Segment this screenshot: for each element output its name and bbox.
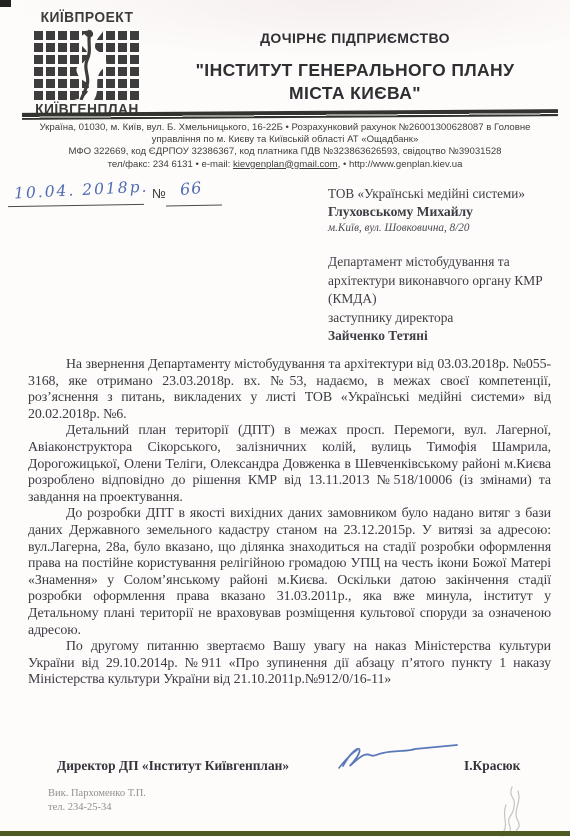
org-logo: КИЇВПРОЕКТ КИЇВГЕНПЛАН xyxy=(25,9,149,118)
signatory-position: Директор ДП «Інститут Київгенплан» xyxy=(57,758,289,774)
recipient-org: Департамент містобудування та архітектур… xyxy=(328,253,564,309)
body-paragraph: Детальний план території (ДПТ) в межах п… xyxy=(28,423,551,506)
recipient-block-department: Департамент містобудування та архітектур… xyxy=(328,253,564,346)
number-underline xyxy=(166,205,222,207)
company-subtitle: ДОЧІРНЄ ПІДПРИЄМСТВО xyxy=(150,30,560,46)
address-line: МФО 322669, код ЄДРПОУ 32386367, код пла… xyxy=(20,146,550,158)
recipient-person: Глуховському Михайлу xyxy=(328,203,564,221)
logo-mosaic xyxy=(34,28,140,100)
logo-top-label: КИЇВПРОЕКТ xyxy=(30,9,144,26)
body-paragraph: До розробки ДПТ в якості вихідних даних … xyxy=(28,506,551,639)
scanner-edge-bar xyxy=(0,831,570,836)
letter-body: На звернення Департаменту містобудування… xyxy=(28,357,551,689)
company-title-line2: МІСТА КИЄВА" xyxy=(150,82,560,105)
executor-phone: тел. 234-25-34 xyxy=(48,801,146,815)
letterhead-title-block: ДОЧІРНЄ ПІДПРИЄМСТВО "ІНСТИТУТ ГЕНЕРАЛЬН… xyxy=(150,30,560,105)
contact-suffix: , • http://www.genplan.kiev.ua xyxy=(338,159,463,170)
date-underline xyxy=(8,204,144,207)
contact-line: тел/факс: 234 6131 • e-mail: kievgenplan… xyxy=(20,159,550,171)
letterhead-address-block: Україна, 01030, м. Київ, вул. Б. Хмельни… xyxy=(20,122,550,171)
handwritten-number: 66 xyxy=(179,178,203,199)
recipient-address: м.Київ, вул. Шовковична, 8/20 xyxy=(328,220,564,238)
handwritten-signature xyxy=(333,740,463,781)
executor-block: Вик. Пархоменко Т.П. тел. 234-25-34 xyxy=(48,787,146,815)
handwritten-date: 10.04. 2018р. xyxy=(14,177,149,202)
executor-name: Вик. Пархоменко Т.П. xyxy=(48,787,146,801)
signatory-name: І.Красюк xyxy=(464,758,520,774)
address-line: Україна, 01030, м. Київ, вул. Б. Хмельни… xyxy=(20,122,550,134)
recipient-block-company: ТОВ «Українські медійні системи» Глуховс… xyxy=(328,185,564,238)
recipient-person: Зайченко Тетяні xyxy=(328,327,564,346)
recipient-role: заступнику директора xyxy=(328,309,564,328)
body-paragraph: На звернення Департаменту містобудування… xyxy=(28,357,551,423)
company-title-line1: "ІНСТИТУТ ГЕНЕРАЛЬНОГО ПЛАНУ xyxy=(150,59,560,82)
body-paragraph: По другому питанню звертаємо Вашу увагу … xyxy=(28,639,551,689)
address-line: управління по м. Києву та Київській обла… xyxy=(20,134,550,146)
scanned-letter-page: КИЇВПРОЕКТ КИЇВГЕНПЛАН ДОЧІРНЄ ПІДПРИЄМС… xyxy=(0,0,570,838)
number-sign-label: № xyxy=(152,186,166,201)
scan-artifact-corner xyxy=(0,0,11,7)
statue-silhouette-icon xyxy=(34,28,140,100)
recipient-org: ТОВ «Українські медійні системи» xyxy=(328,185,564,203)
contact-prefix: тел/факс: 234 6131 • e-mail: xyxy=(108,159,233,170)
email-address: kievgenplan@gmail.com xyxy=(233,159,338,170)
